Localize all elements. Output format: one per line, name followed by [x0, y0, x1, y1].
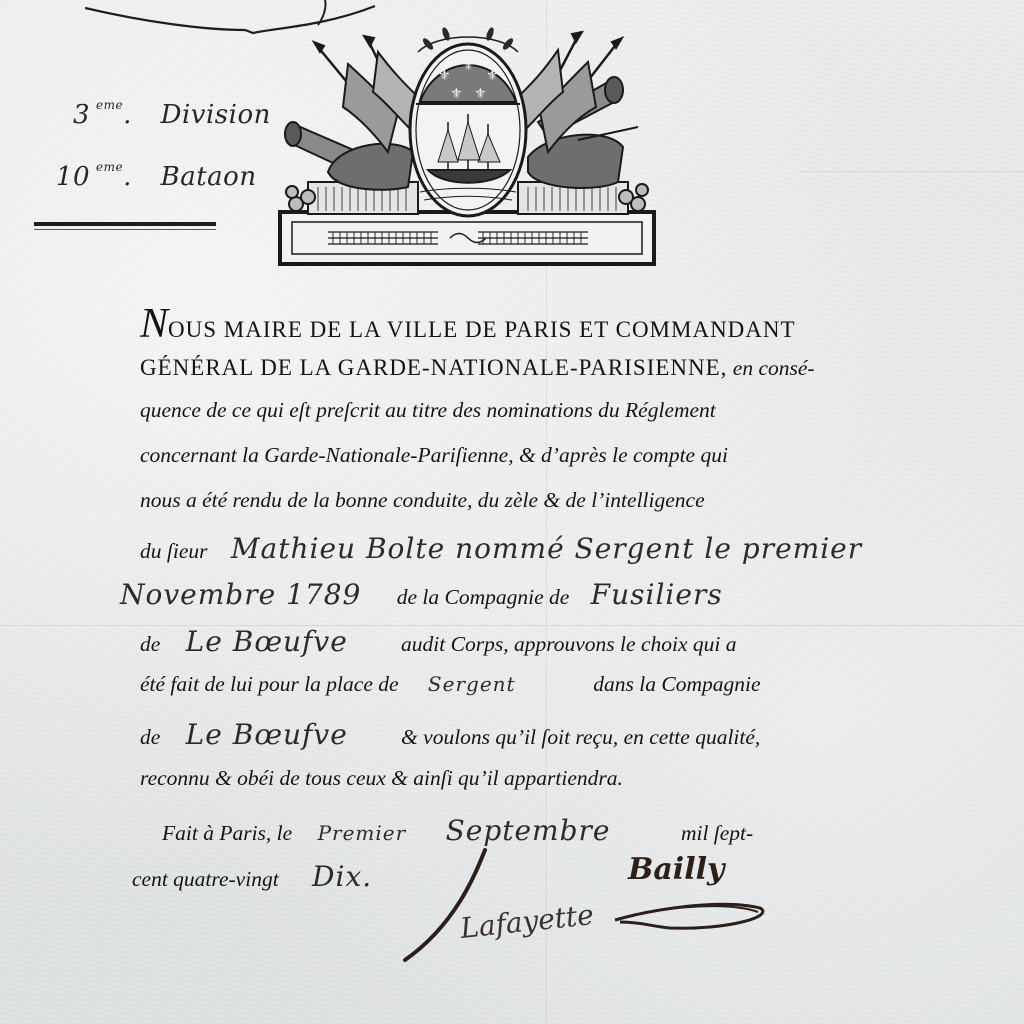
line-text: de	[140, 632, 160, 656]
line-text: de	[140, 725, 160, 749]
body-line-5: nous a été rendu de la bonne conduite, d…	[140, 488, 705, 513]
horizontal-fold-line-upper	[800, 171, 1024, 174]
body-line-13: cent quatre-vingt Dix.	[132, 860, 372, 893]
battalion-line: 10eme. Bataon	[30, 160, 257, 192]
line-text: cent quatre-vingt	[132, 867, 279, 891]
battalion-number: 10	[30, 162, 90, 192]
handwritten-day: Premier	[318, 821, 407, 845]
body-line-4: concernant la Garde-Nationale-Pariſienne…	[140, 443, 728, 468]
handwritten-date: Novembre 1789	[120, 578, 361, 611]
line-text: en consé-	[727, 356, 814, 380]
line-text: reconnu & obéi de tous ceux & ainſi qu’i…	[140, 766, 623, 790]
battalion-label: Bataon	[161, 162, 257, 192]
line-text: & voulons qu’il ſoit reçu, en cette qual…	[401, 725, 760, 749]
body-line-12: Fait à Paris, le Premier Septembre mil ſ…	[162, 814, 753, 847]
body-line-6: du ſieur Mathieu Bolte nommé Sergent le …	[140, 532, 862, 565]
line-text: GÉNÉRAL DE LA GARDE-NATIONALE-PARISIENNE…	[140, 355, 727, 380]
svg-text:⚜: ⚜	[450, 86, 463, 102]
division-number: 3	[30, 100, 90, 130]
body-line-11: reconnu & obéi de tous ceux & ainſi qu’i…	[140, 766, 623, 791]
line-text: Fait à Paris, le	[162, 821, 292, 845]
line-text: OUS MAIRE DE LA VILLE DE PARIS ET COMMAN…	[168, 317, 796, 342]
drop-cap: N	[140, 301, 168, 347]
line-text: mil ſept-	[681, 821, 753, 845]
header-rule-thin	[34, 229, 216, 230]
line-text: du ſieur	[140, 539, 207, 563]
line-text: de la Compagnie de	[397, 585, 570, 609]
body-line-3: quence de ce qui eſt preſcrit au titre d…	[140, 398, 716, 423]
signature-bailly: Bailly	[628, 852, 724, 887]
body-line-10: de Le Bœufve & voulons qu’il ſoit reçu, …	[140, 718, 760, 751]
line-text: audit Corps, approuvons le choix qui a	[401, 632, 736, 656]
line-text: nous a été rendu de la bonne conduite, d…	[140, 488, 705, 512]
body-line-1: NOUS MAIRE DE LA VILLE DE PARIS ET COMMA…	[140, 300, 796, 348]
division-line: 3eme. Division	[30, 98, 271, 130]
handwritten-rank: Sergent	[428, 672, 588, 696]
body-line-9: été fait de lui pour la place de Sergent…	[140, 672, 761, 697]
paris-coat-of-arms-icon: ⚜⚜⚜ ⚜⚜	[278, 22, 658, 270]
svg-text:⚜: ⚜	[474, 86, 487, 102]
body-line-2: GÉNÉRAL DE LA GARDE-NATIONALE-PARISIENNE…	[140, 355, 815, 381]
line-text: quence de ce qui eſt preſcrit au titre d…	[140, 398, 716, 422]
line-text: été fait de lui pour la place de	[140, 672, 399, 696]
handwritten-captain: Le Bœufve	[186, 718, 396, 751]
line-text: dans la Compagnie	[593, 672, 760, 696]
handwritten-name: Mathieu Bolte nommé Sergent le premier	[231, 532, 862, 565]
svg-text:⚜: ⚜	[462, 58, 475, 74]
handwritten-month: Septembre	[446, 814, 676, 847]
division-suffix: eme	[96, 98, 123, 112]
handwritten-captain: Le Bœufve	[186, 625, 396, 658]
svg-text:⚜: ⚜	[438, 68, 451, 84]
body-line-8: de Le Bœufve audit Corps, approuvons le …	[140, 625, 736, 658]
division-label: Division	[161, 100, 271, 130]
header-rule	[34, 222, 216, 226]
battalion-suffix: eme	[96, 160, 123, 174]
body-line-7: Novembre 1789 de la Compagnie de Fusilie…	[120, 578, 723, 611]
handwritten-company-type: Fusiliers	[591, 578, 723, 611]
pen-stroke-icon	[395, 845, 495, 965]
handwritten-year: Dix.	[312, 860, 372, 893]
signature-flourish-icon	[610, 890, 770, 940]
svg-text:⚜: ⚜	[486, 68, 499, 84]
line-text: concernant la Garde-Nationale-Pariſienne…	[140, 443, 728, 467]
